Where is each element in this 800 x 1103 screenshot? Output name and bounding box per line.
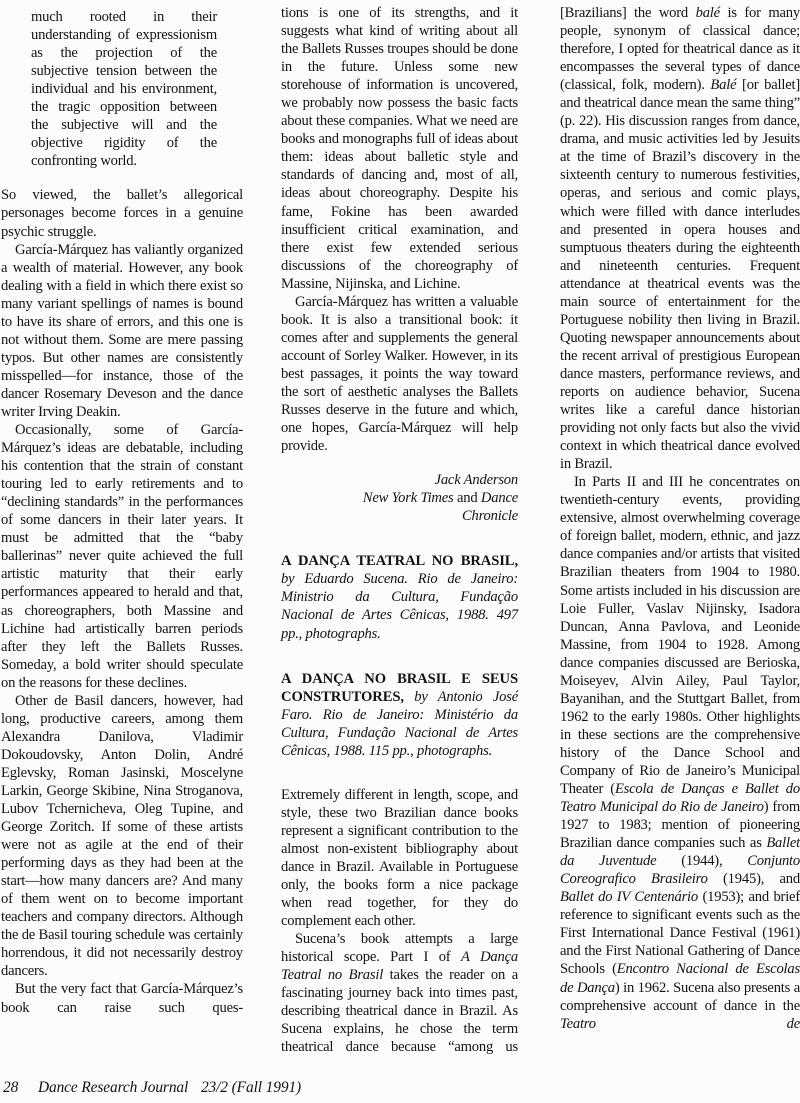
text-column-3: [Brazilians] the word balé is for many p… bbox=[560, 4, 800, 1033]
paragraph: García-Márquez has valiantly organized a… bbox=[1, 241, 243, 421]
text-run: [Brazilians] the word bbox=[560, 5, 696, 21]
paragraph: [Brazilians] the word balé is for many p… bbox=[560, 4, 800, 473]
text-run: Extremely different in length, scope, an… bbox=[281, 787, 518, 929]
italic-text-run: Balé bbox=[710, 77, 736, 93]
page-number: 28 bbox=[3, 1079, 18, 1096]
text-run: tions is one of its strengths, and it su… bbox=[281, 5, 518, 292]
paragraph: But the very fact that García-Márquez’s … bbox=[1, 980, 243, 1016]
signature-line: Jack Anderson bbox=[281, 471, 518, 489]
italic-text-run: Dance bbox=[481, 490, 518, 506]
text-column-1: much rooted in their understanding of ex… bbox=[1, 6, 243, 1017]
paragraph: Sucena’s book attempts a large historica… bbox=[281, 930, 518, 1056]
text-run: García-Márquez has valiantly organized a… bbox=[1, 242, 243, 420]
text-run: García-Márquez has written a valuable bo… bbox=[281, 294, 518, 454]
text-run: In Parts II and III he concentrates on t… bbox=[560, 474, 800, 797]
signature-line: Chronicle bbox=[281, 507, 518, 525]
text-run: much rooted in their understanding of ex… bbox=[31, 9, 217, 169]
book-citation: A DANÇA TEATRAL NO BRASIL, by Eduardo Su… bbox=[281, 552, 518, 642]
italic-text-run: balé bbox=[696, 5, 720, 21]
text-run: Other de Basil dancers, however, had lon… bbox=[1, 693, 243, 980]
paragraph: So viewed, the ballet’s allegorical pers… bbox=[1, 186, 243, 240]
text-run: So viewed, the ballet’s allegorical pers… bbox=[1, 187, 243, 239]
reviewer-signature: Jack AndersonNew York Times and DanceChr… bbox=[281, 471, 518, 525]
text-run: and bbox=[457, 490, 481, 506]
italic-text-run: Teatro de bbox=[560, 1016, 800, 1032]
paragraph: Occasionally, some of García-Márquez’s i… bbox=[1, 421, 243, 692]
paragraph: In Parts II and III he concentrates on t… bbox=[560, 473, 800, 1032]
issue-info: 23/2 (Fall 1991) bbox=[201, 1079, 301, 1096]
paragraph: Extremely different in length, scope, an… bbox=[281, 786, 518, 930]
italic-text-run: Jack Anderson bbox=[435, 472, 518, 488]
journal-page-scan: much rooted in their understanding of ex… bbox=[0, 0, 800, 1103]
text-run: (1944), bbox=[656, 853, 747, 869]
journal-title: Dance Research Journal bbox=[38, 1079, 188, 1096]
italic-text-run: Ballet do IV Centenário bbox=[560, 889, 698, 905]
signature-line: New York Times and Dance bbox=[281, 489, 518, 507]
paragraph: Other de Basil dancers, however, had lon… bbox=[1, 692, 243, 981]
paragraph: García-Márquez has written a valuable bo… bbox=[281, 293, 518, 455]
italic-text-run: by Eduardo Sucena. Rio de Janeiro: Minis… bbox=[281, 571, 518, 641]
bold-text-run: A DANÇA TEATRAL NO BRASIL, bbox=[281, 553, 518, 569]
text-run: But the very fact that García-Márquez’s … bbox=[1, 981, 243, 1015]
paragraph: tions is one of its strengths, and it su… bbox=[281, 4, 518, 293]
italic-text-run: Chronicle bbox=[462, 508, 518, 524]
italic-text-run: New York Times bbox=[363, 490, 457, 506]
text-column-2: tions is one of its strengths, and it su… bbox=[281, 4, 518, 1056]
text-run: [or ballet] and theatrical dance mean th… bbox=[560, 77, 800, 472]
book-citation: A DANÇA NO BRASIL E SEUS CONSTRUTORES, b… bbox=[281, 670, 518, 760]
page-footer: 28 Dance Research Journal 23/2 (Fall 199… bbox=[3, 1079, 301, 1097]
text-run: (1945), and bbox=[708, 871, 800, 887]
text-run: Occasionally, some of García-Márquez’s i… bbox=[1, 422, 243, 691]
block-quote: much rooted in their understanding of ex… bbox=[31, 8, 217, 170]
